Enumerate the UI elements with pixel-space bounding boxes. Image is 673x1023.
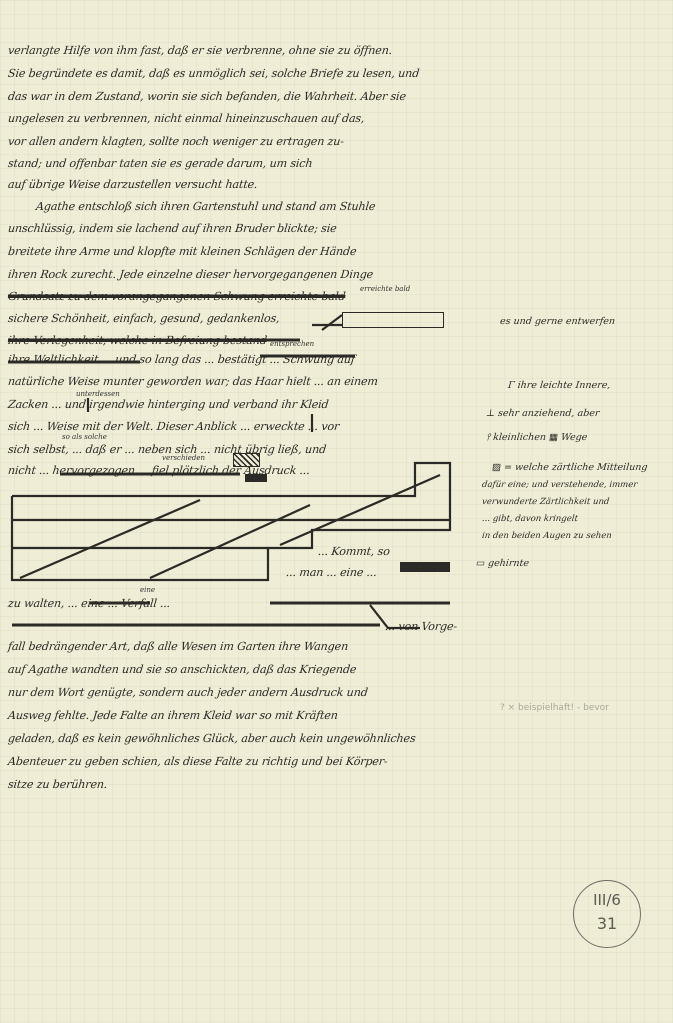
- ink-blot: [400, 562, 450, 572]
- margin-note: es und gerne entwerfen: [499, 316, 615, 327]
- folio-page: 31: [574, 914, 640, 933]
- folio-stamp: III/6 31: [573, 880, 641, 948]
- hatched-mark: [233, 453, 260, 467]
- folio-volume: III/6: [574, 891, 640, 909]
- margin-note: ... gibt, davon kringelt: [481, 514, 578, 524]
- margin-note: in den beiden Augen zu sehen: [481, 531, 612, 541]
- ink-blot: [245, 474, 267, 482]
- margin-note: dafür eine; und verstehende, immer: [481, 480, 637, 490]
- margin-note: ⊥ sehr anziehend, aber: [485, 408, 600, 419]
- margin-note: ▨ = welche zärtliche Mitteilung: [491, 462, 648, 473]
- deletion-strokes: [0, 0, 673, 1023]
- inserted-phrase-box: [342, 312, 444, 328]
- margin-note: ▭ gehirnte: [475, 558, 529, 569]
- margin-note: verwunderte Zärtlichkeit und: [481, 497, 609, 507]
- manuscript-page: verlangte Hilfe von ihm fast, daß er sie…: [0, 0, 673, 1023]
- margin-note: Γ ihre leichte Innere,: [507, 380, 610, 391]
- pencil-note: ? × beispielhaft! - bevor: [500, 703, 609, 713]
- margin-note: ⫯ kleinlichen ▦ Wege: [485, 432, 587, 443]
